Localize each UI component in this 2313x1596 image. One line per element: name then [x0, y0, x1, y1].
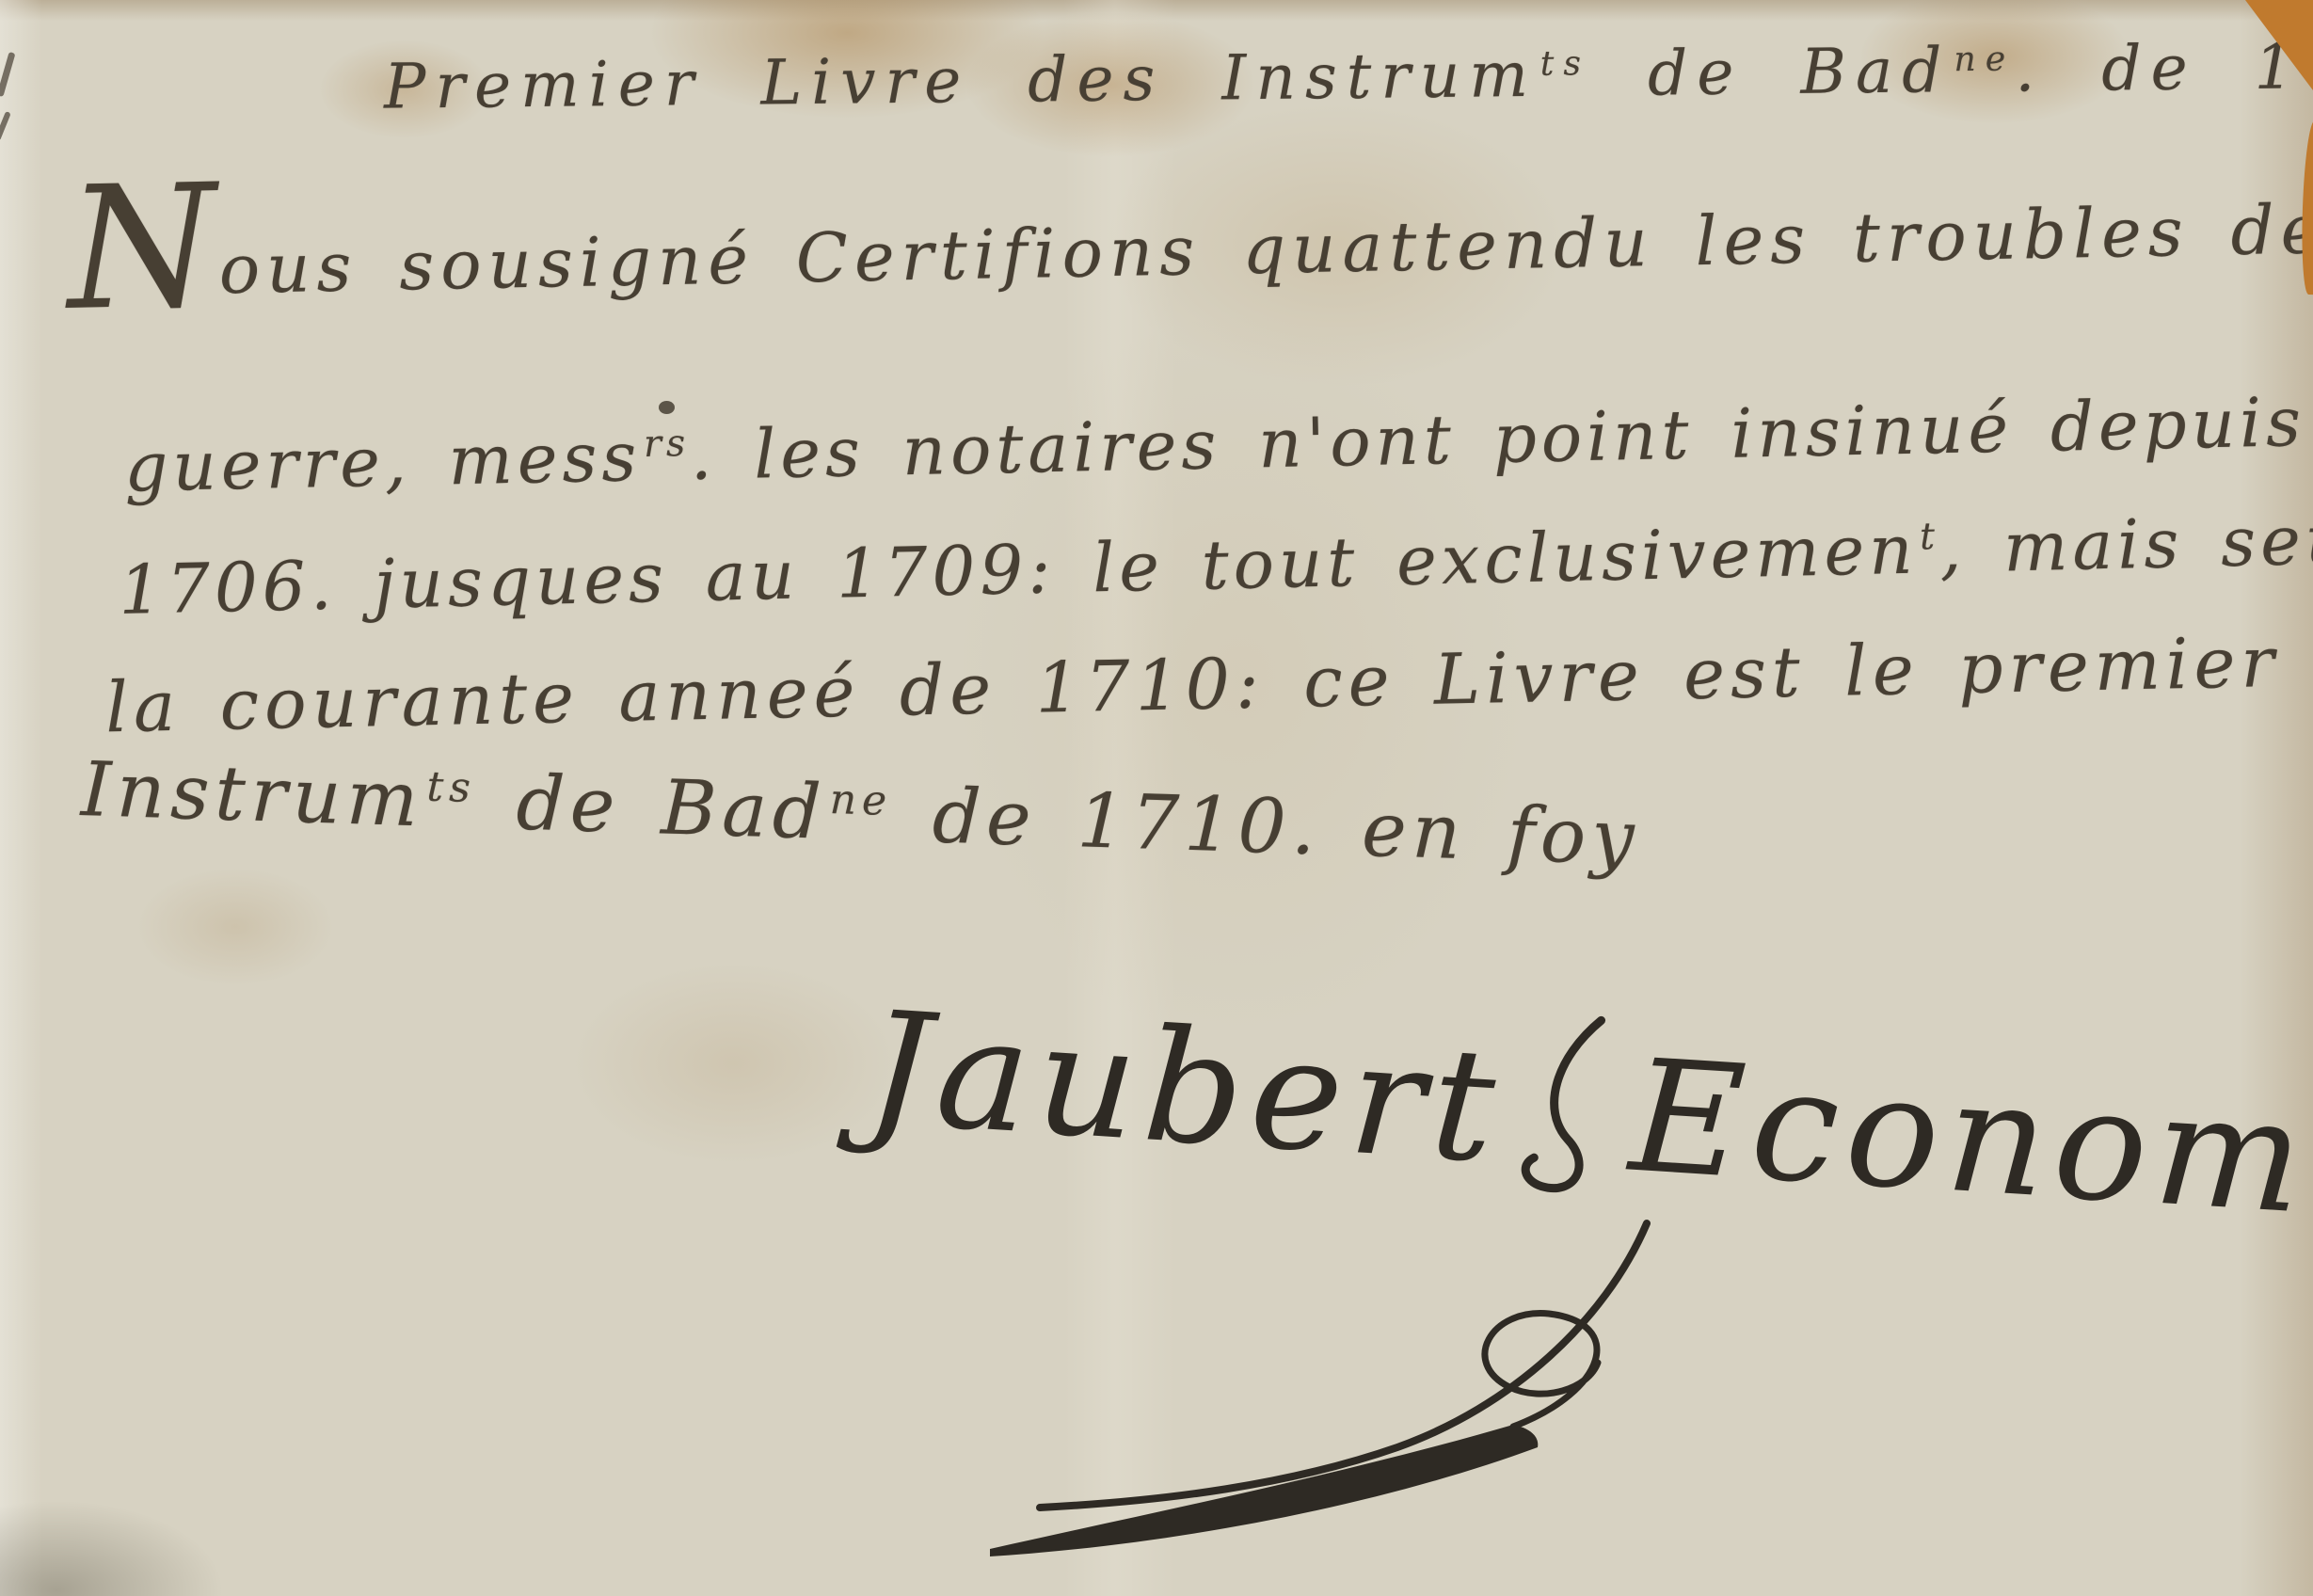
- body-text: de Bad: [474, 758, 828, 856]
- initial-capital: N: [68, 247, 222, 250]
- header-superscript: ne: [1954, 38, 2015, 79]
- signature-flourish-glyph: [1507, 1004, 1624, 1226]
- ink-mark: [0, 52, 15, 97]
- body-text: de 1710. en foy: [890, 771, 1641, 882]
- body-line: la courante anneé de 1710: ce Livre est …: [104, 616, 2313, 749]
- body-superscript: t: [1920, 515, 1940, 558]
- body-line: guerre, messrs. les notaires n'ont point…: [123, 377, 2313, 506]
- header-text: Premier Livre des Instrum: [384, 39, 1539, 123]
- body-text: la courante anneé de 1710: ce Livre est …: [104, 618, 2313, 748]
- signature-paraph-flourish: [885, 1214, 1713, 1590]
- body-line: 1706. jusques au 1709: le tout exclusive…: [118, 496, 2313, 630]
- body-text: Instrum: [80, 745, 425, 843]
- body-text: ous sousigné Certifions quattendu les tr…: [218, 187, 2313, 309]
- header-text: . de 1710.: [2015, 28, 2313, 105]
- body-text: , mais seulem: [1938, 497, 2313, 588]
- header-superscript: ts: [1540, 42, 1591, 84]
- signature-name-jaubert: Jaubert: [862, 978, 1507, 1198]
- body-text: . les notaires n'ont point insinué depui…: [690, 380, 2313, 495]
- header-line: Premier Livre des Instrumts de Badne. de…: [384, 28, 2313, 122]
- parchment-page: Premier Livre des Instrumts de Badne. de…: [0, 0, 2313, 1596]
- signature-name-econome: Econome: [1625, 1026, 2313, 1255]
- body-line: Nous sousigné Certifions quattendu les t…: [67, 185, 2313, 312]
- body-line: Instrumts de Badne de 1710. en foy: [80, 745, 1641, 882]
- ink-blot: [659, 401, 675, 414]
- body-superscript: ts: [426, 762, 477, 812]
- ink-mark: [0, 111, 11, 141]
- manuscript-photo: Premier Livre des Instrumts de Badne. de…: [0, 0, 2313, 1596]
- body-superscript: rs: [643, 422, 690, 466]
- body-text: guerre, mess: [123, 417, 642, 506]
- body-text: 1706. jusques au 1709: le tout exclusive…: [118, 510, 1918, 630]
- header-text: de Bad: [1590, 34, 1952, 110]
- body-superscript: ne: [829, 775, 893, 825]
